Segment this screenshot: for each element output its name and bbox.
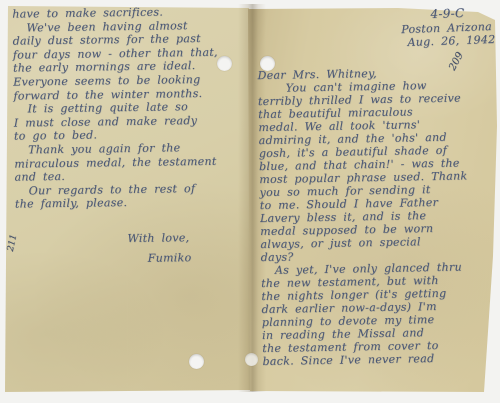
punch-hole	[217, 56, 232, 71]
handwriting-line: the family, please.	[15, 195, 245, 212]
letter-scan: have to make sacrifices.We've been havin…	[0, 0, 500, 403]
left-page-text: have to make sacrifices.We've been havin…	[12, 4, 246, 266]
letter-header: 4-9-C Poston Arizona Aug. 26, 1942	[374, 6, 495, 51]
right-page-text: Dear Mrs. Whitney,You can't imagine howt…	[257, 65, 498, 368]
punch-hole	[260, 56, 275, 71]
punch-hole	[189, 354, 204, 369]
handwriting-line: With love,	[15, 230, 245, 247]
punch-hole	[245, 353, 258, 366]
